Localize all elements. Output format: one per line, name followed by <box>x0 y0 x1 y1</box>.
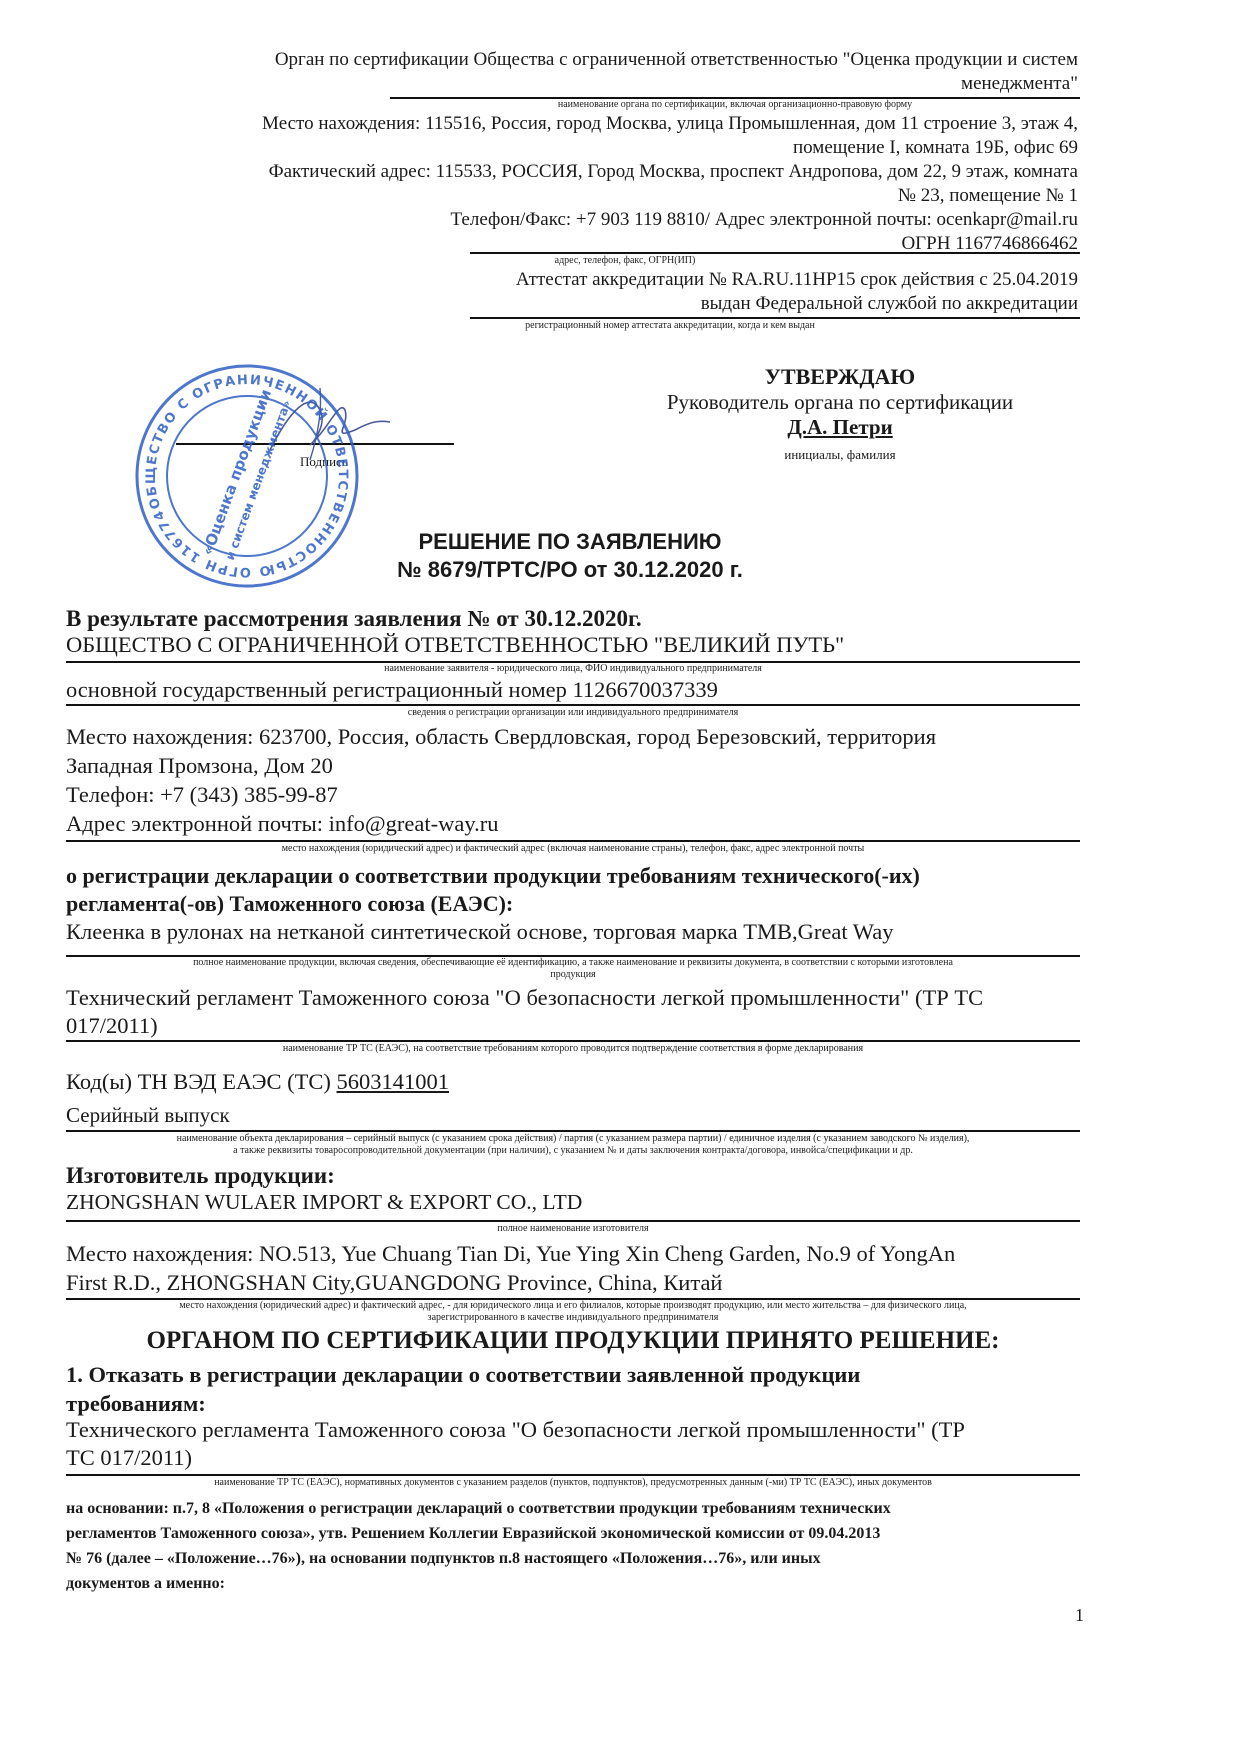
object-caption: наименование объекта декларирования – се… <box>66 1133 1080 1157</box>
org-name-caption: наименование органа по сертификации, вкл… <box>390 99 1080 111</box>
product-caption-line2: продукция <box>66 969 1080 981</box>
applicant-email: Адрес электронной почты: info@great-way.… <box>66 809 936 838</box>
regulation-line1: Технический регламент Таможенного союза … <box>66 984 1076 1012</box>
basis-line2: регламентов Таможенного союза», утв. Реш… <box>66 1521 1080 1546</box>
resolution-regulation: Технического регламента Таможенного союз… <box>66 1416 1078 1472</box>
product-caption: полное наименование продукции, включая с… <box>66 957 1080 981</box>
resolution-regulation-line1: Технического регламента Таможенного союз… <box>66 1416 1078 1444</box>
basis-line3: № 76 (далее – «Положение…76»), на основа… <box>66 1546 1080 1571</box>
org-name-line2: менеджмента" <box>200 72 1078 96</box>
approver-name: Д.А. Петри <box>640 415 1040 440</box>
accreditation-caption: регистрационный номер аттестата аккредит… <box>470 320 870 332</box>
org-name-line1: Орган по сертификации Общества с огранич… <box>200 48 1078 72</box>
resolution-item-1: 1. Отказать в регистрации декларации о с… <box>66 1360 860 1418</box>
object-caption-line1: наименование объекта декларирования – се… <box>66 1133 1080 1145</box>
approver-name-text: Д.А. Петри <box>787 415 892 439</box>
decision-number: № 8679/ТРТС/РО от 30.12.2020 г. <box>340 556 800 584</box>
actual-address-line1: Фактический адрес: 115533, РОССИЯ, Город… <box>180 160 1078 184</box>
accreditation-line1: Аттестат аккредитации № RA.RU.11HP15 сро… <box>400 268 1078 292</box>
review-intro: В результате рассмотрения заявления № от… <box>66 605 642 633</box>
regulation-caption: наименование ТР ТС (ЕАЭС), на соответств… <box>66 1043 1080 1055</box>
decision-title-text: РЕШЕНИЕ ПО ЗАЯВЛЕНИЮ <box>340 528 800 556</box>
resolution-basis: на основании: п.7, 8 «Положения о регист… <box>66 1496 1080 1596</box>
object-caption-line2: а также реквизиты товаросопроводительной… <box>66 1145 1080 1157</box>
divider <box>66 1474 1080 1476</box>
product-caption-line1: полное наименование продукции, включая с… <box>66 957 1080 969</box>
manufacturer-name: ZHONGSHAN WULAER IMPORT & EXPORT CO., LT… <box>66 1188 582 1216</box>
divider <box>66 1130 1080 1132</box>
declaration-object: Серийный выпуск <box>66 1101 230 1129</box>
page-number: 1 <box>1075 1605 1084 1626</box>
product-name: Клеенка в рулонах на нетканой синтетичес… <box>66 918 893 946</box>
manufacturer-heading: Изготовитель продукции: <box>66 1162 335 1190</box>
applicant-ogrn: основной государственный регистрационный… <box>66 676 718 704</box>
regulation-line2: 017/2011) <box>66 1012 1076 1040</box>
applicant-ogrn-caption: сведения о регистрации организации или и… <box>66 707 1080 719</box>
resolution-item1-line2: требованиям: <box>66 1389 860 1418</box>
resolution-regulation-caption: наименование ТР ТС (ЕАЭС), нормативных д… <box>66 1477 1080 1489</box>
tnved: Код(ы) ТН ВЭД ЕАЭС (ТС) 5603141001 <box>66 1068 449 1096</box>
divider <box>66 704 1080 706</box>
divider <box>470 317 1080 319</box>
tnved-label: Код(ы) ТН ВЭД ЕАЭС (ТС) <box>66 1069 331 1094</box>
manufacturer-address-caption: место нахождения (юридический адрес) и ф… <box>66 1300 1080 1324</box>
manufacturer-address-line2: First R.D., ZHONGSHAN City,GUANGDONG Pro… <box>66 1268 1078 1297</box>
basis-line4: документов а именно: <box>66 1571 1080 1596</box>
certification-body-address: Место нахождения: 115516, Россия, город … <box>180 112 1078 256</box>
applicant-phone: Телефон: +7 (343) 385-99-87 <box>66 780 936 809</box>
contacts: Телефон/Факс: +7 903 119 8810/ Адрес эле… <box>180 208 1078 232</box>
regulation: Технический регламент Таможенного союза … <box>66 984 1076 1040</box>
applicant-name-caption: наименование заявителя - юридического ли… <box>66 663 1080 675</box>
applicant-address-line1: Место нахождения: 623700, Россия, област… <box>66 722 936 751</box>
tnved-code: 5603141001 <box>337 1069 450 1094</box>
manufacturer-address-caption-line2: зарегистрированного в качестве индивидуа… <box>66 1312 1080 1324</box>
legal-address-line2: помещение I, комната 19Б, офис 69 <box>180 136 1078 160</box>
resolution-regulation-line2: ТС 017/2011) <box>66 1444 1078 1472</box>
actual-address-line2: № 23, помещение № 1 <box>180 184 1078 208</box>
manufacturer-address: Место нахождения: NO.513, Yue Chuang Tia… <box>66 1239 1078 1297</box>
divider <box>66 1220 1080 1222</box>
manufacturer-address-line1: Место нахождения: NO.513, Yue Chuang Tia… <box>66 1239 1078 1268</box>
address-caption: адрес, телефон, факс, ОГРН(ИП) <box>470 255 780 267</box>
divider <box>66 840 1080 842</box>
basis-line1: на основании: п.7, 8 «Положения о регист… <box>66 1496 1080 1521</box>
applicant-name: ОБЩЕСТВО С ОГРАНИЧЕННОЙ ОТВЕТСТВЕННОСТЬЮ… <box>66 631 844 659</box>
certification-body-name: Орган по сертификации Общества с огранич… <box>200 48 1078 96</box>
approver-name-caption: инициалы, фамилия <box>640 447 1040 463</box>
legal-address-line1: Место нахождения: 115516, Россия, город … <box>180 112 1078 136</box>
resolution-item1-line1: 1. Отказать в регистрации декларации о с… <box>66 1360 860 1389</box>
applicant-address-line2: Западная Промзона, Дом 20 <box>66 751 936 780</box>
applicant-address-caption: место нахождения (юридический адрес) и ф… <box>66 843 1080 855</box>
accreditation-line2: выдан Федеральной службой по аккредитаци… <box>400 292 1078 316</box>
stamp-icon: ОБЩЕСТВО С ОГРАНИЧЕННОЙ ОТВЕТСТВЕННОСТЬЮ… <box>133 362 361 590</box>
applicant-contacts: Место нахождения: 623700, Россия, област… <box>66 722 936 838</box>
manufacturer-name-caption: полное наименование изготовителя <box>66 1223 1080 1235</box>
divider <box>66 1040 1080 1042</box>
divider <box>470 252 1080 254</box>
subject-heading: о регистрации декларации о соответствии … <box>66 862 920 918</box>
approval-position: Руководитель органа по сертификации <box>620 390 1060 415</box>
subject-heading-line1: о регистрации декларации о соответствии … <box>66 862 920 890</box>
subject-heading-line2: регламента(-ов) Таможенного союза (ЕАЭС)… <box>66 890 920 918</box>
resolution-heading: ОРГАНОМ ПО СЕРТИФИКАЦИИ ПРОДУКЦИИ ПРИНЯТ… <box>66 1326 1080 1356</box>
accreditation: Аттестат аккредитации № RA.RU.11HP15 сро… <box>400 268 1078 316</box>
manufacturer-address-caption-line1: место нахождения (юридический адрес) и ф… <box>66 1300 1080 1312</box>
decision-title: РЕШЕНИЕ ПО ЗАЯВЛЕНИЮ № 8679/ТРТС/РО от 3… <box>340 528 800 584</box>
approval-title: УТВЕРЖДАЮ <box>640 364 1040 390</box>
